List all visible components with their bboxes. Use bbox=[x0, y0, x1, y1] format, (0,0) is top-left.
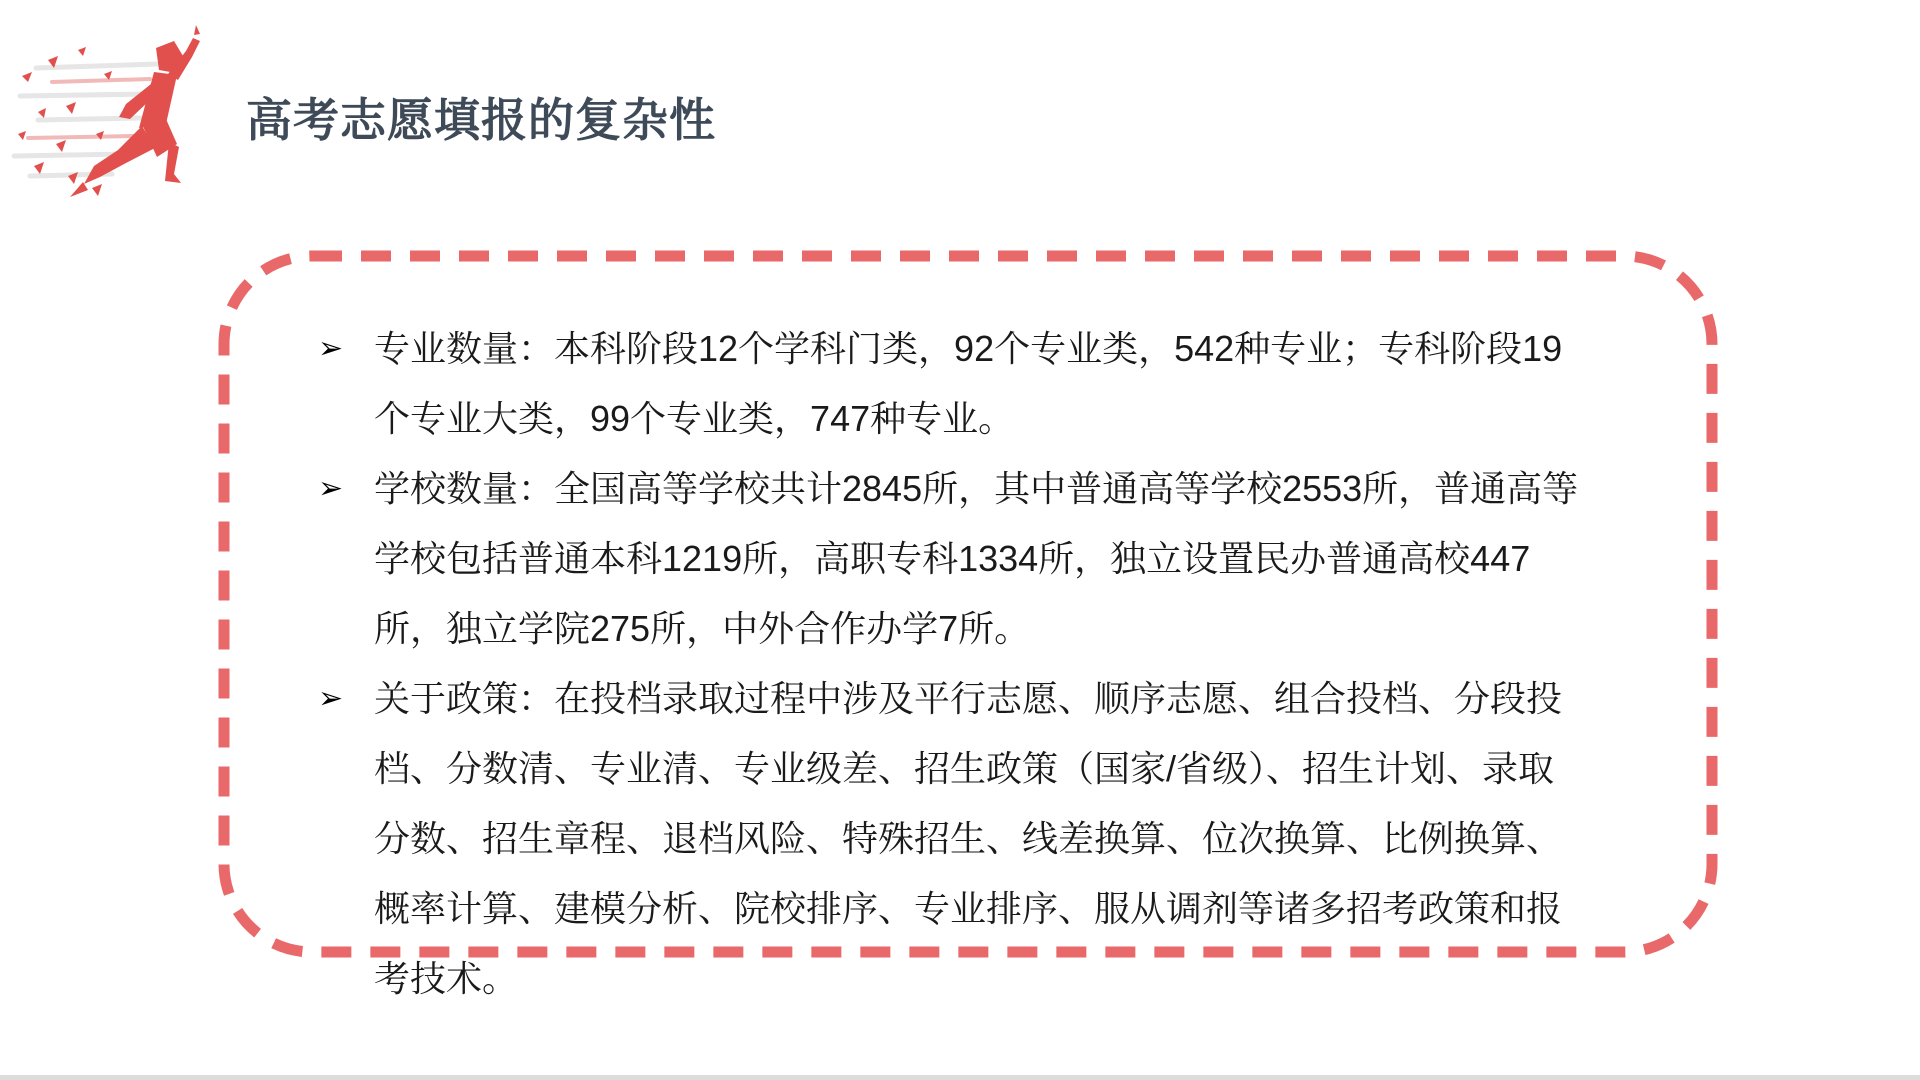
bottom-divider bbox=[0, 1075, 1920, 1080]
runner-icon bbox=[8, 16, 238, 206]
arrowhead-bullet-icon: ➢ bbox=[318, 314, 343, 384]
list-item-policy: ➢ 关于政策：在投档录取过程中涉及平行志愿、顺序志愿、组合投档、分段投档、分数清… bbox=[318, 664, 1588, 1014]
list-item-major-count: ➢ 专业数量：本科阶段12个学科门类，92个专业类，542种专业；专科阶段19个… bbox=[318, 314, 1588, 454]
bullet-text-major-count: 专业数量：本科阶段12个学科门类，92个专业类，542种专业；专科阶段19个专业… bbox=[374, 328, 1562, 439]
bullet-list: ➢ 专业数量：本科阶段12个学科门类，92个专业类，542种专业；专科阶段19个… bbox=[318, 314, 1588, 1014]
arrowhead-bullet-icon: ➢ bbox=[318, 454, 343, 524]
bullet-text-policy: 关于政策：在投档录取过程中涉及平行志愿、顺序志愿、组合投档、分段投档、分数清、专… bbox=[374, 678, 1562, 999]
page-title: 高考志愿填报的复杂性 bbox=[246, 84, 716, 150]
arrowhead-bullet-icon: ➢ bbox=[318, 664, 343, 734]
slide: 高考志愿填报的复杂性 ➢ 专业数量：本科阶段12个学科门类，92个专业类，542… bbox=[0, 0, 1920, 1080]
list-item-school-count: ➢ 学校数量：全国高等学校共计2845所，其中普通高等学校2553所，普通高等学… bbox=[318, 454, 1588, 664]
bullet-text-school-count: 学校数量：全国高等学校共计2845所，其中普通高等学校2553所，普通高等学校包… bbox=[374, 468, 1578, 649]
